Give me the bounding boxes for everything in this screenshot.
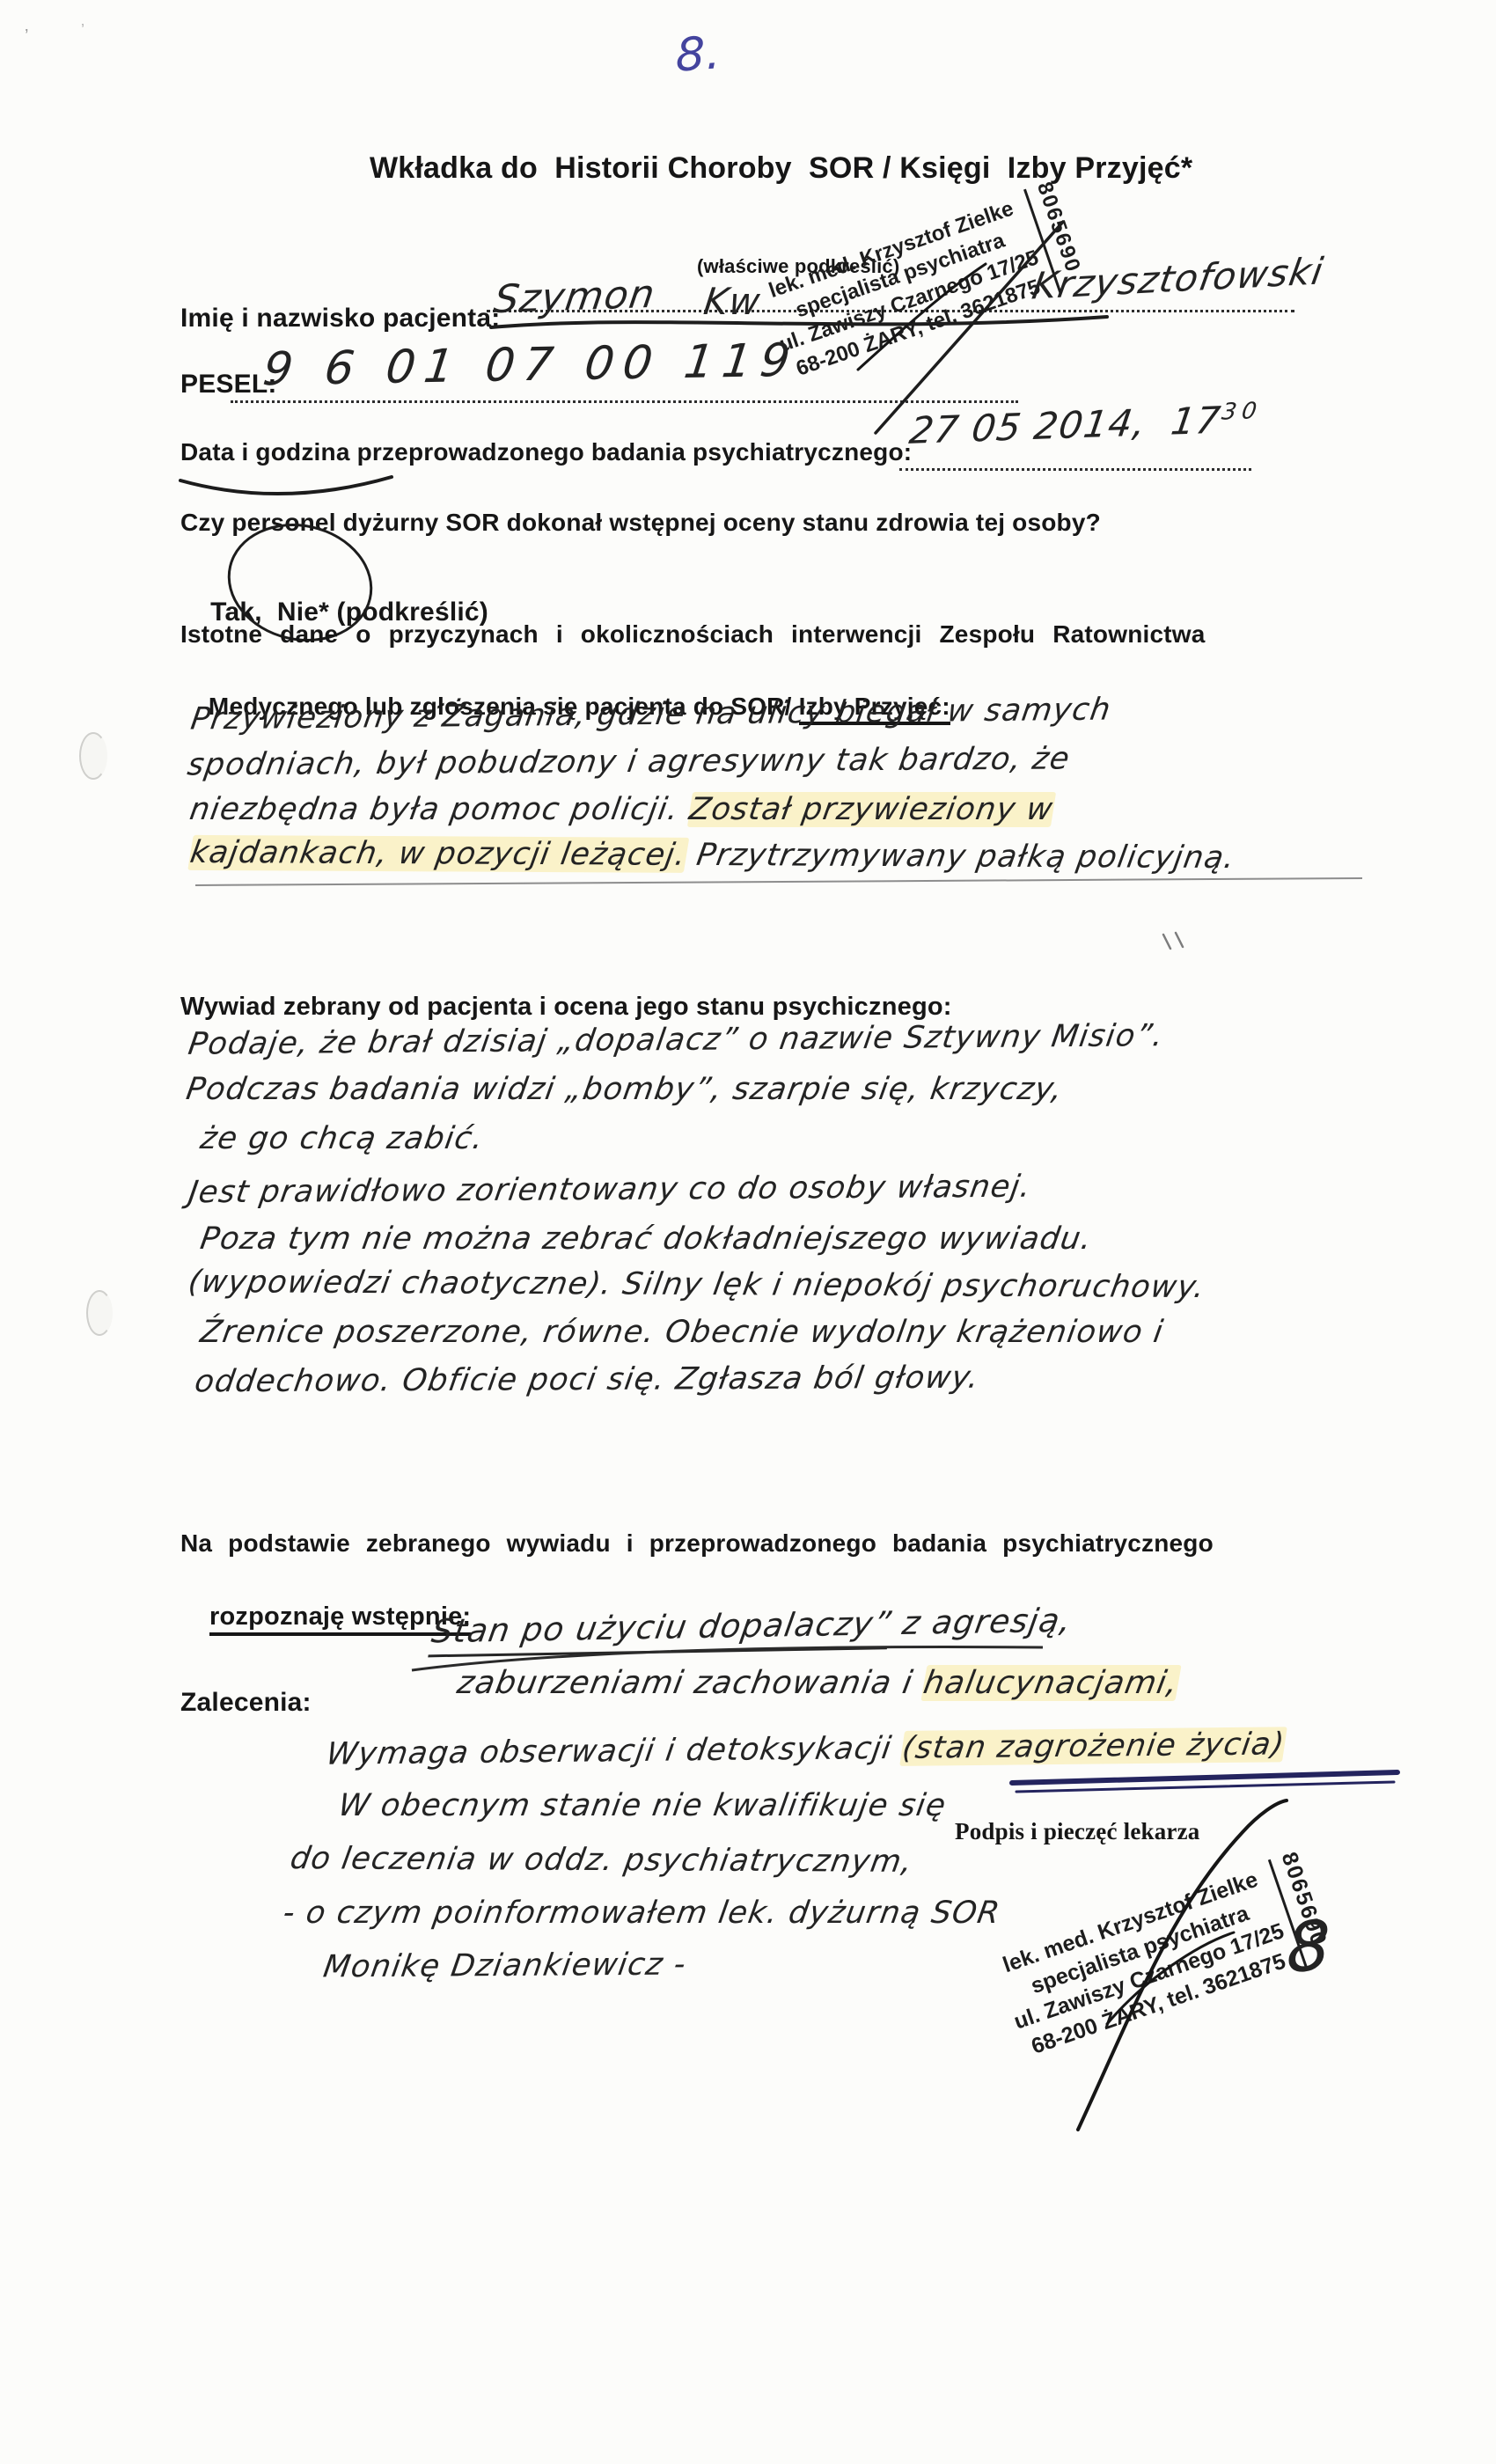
recommendation-line1-highlighted: (stan zagrożenie życia)	[900, 1727, 1287, 1766]
interview-hw-line-6: (wypowiedzi chaotyczne). Silny lęk i nie…	[186, 1265, 1207, 1305]
scan-speck: ’	[81, 21, 84, 40]
scanned-medical-form: ’ ’ 8. Wkładka do Historii Choroby SOR /…	[0, 0, 1496, 2464]
doctor-stamp-top: lek. med. Krzysztof Zielke specjalista p…	[758, 179, 1090, 385]
hw-line-4-highlighted: kajdankach, w pozycji leżącej.	[187, 835, 689, 873]
recommendation-hw-line-5: Monikę Dziankiewicz -	[321, 1947, 689, 1985]
patient-name-label: Imię i nazwisko pacjenta:	[180, 304, 500, 334]
interview-hw-line-5: Poza tym nie można zebrać dokładniejszeg…	[198, 1221, 1095, 1257]
section-diagnosis-heading-1: Na podstawie zebranego wywiadu i przepro…	[180, 1529, 1214, 1558]
date-dotted-line	[899, 468, 1251, 471]
recommendation-hw-line-2: W obecnym stanie nie kwalifikuje się	[336, 1788, 949, 1823]
signature-label: Podpis i pieczęć lekarza	[955, 1818, 1200, 1845]
exam-datetime-label: Data i godzina przeprowadzonego badania …	[180, 438, 912, 466]
recommendation-hw-line-3: do leczenia w oddz. psychiatrycznym,	[288, 1841, 915, 1880]
hole-punch-mark	[79, 732, 107, 780]
navy-underline-1	[1012, 1772, 1397, 1783]
diagnosis-hw-line-2: zaburzeniami zachowania i halucynacjami,	[454, 1665, 1181, 1701]
interview-hw-line-1: Podaje, że brał dzisiaj „dopalacz” o naz…	[186, 1018, 1166, 1062]
date-underline-swoosh	[180, 477, 392, 494]
interview-hw-line-2: Podczas badania widzi „bomby”, szarpie s…	[184, 1072, 1066, 1107]
diagnosis-line2-plain: zaburzeniami zachowania i	[454, 1665, 927, 1701]
intervention-hw-line-4: kajdankach, w pozycji leżącej. Przytrzym…	[187, 835, 1237, 876]
diagnosis-line2-highlighted: halucynacjami,	[920, 1665, 1181, 1701]
patient-name-handwriting: Szymon	[491, 272, 658, 322]
navy-underline-2	[1016, 1782, 1394, 1792]
page-number-top: 8.	[676, 26, 722, 82]
interview-hw-line-3: że go chcą zabić.	[198, 1121, 487, 1156]
diagnosis-underlined-text: Stan po użyciu dopalaczy”	[428, 1604, 894, 1657]
hw-line-4-plain: Przytrzymywany pałką policyjną.	[683, 838, 1237, 876]
recommendation-hw-line-4: - o czym poinformowałem lek. dyżurną SOR	[281, 1896, 1003, 1931]
interview-hw-line-8: oddechowo. Obficie poci się. Zgłasza ból…	[193, 1360, 982, 1400]
form-title: Wkładka do Historii Choroby SOR / Księgi…	[370, 151, 1192, 186]
exam-time-value: 17	[1169, 399, 1224, 444]
pesel-handwriting: 9 6 01 07 00 119	[260, 334, 802, 397]
page-number-bottom: 8	[1287, 1906, 1331, 1990]
diagnosis-rest-text: z agresją,	[888, 1602, 1074, 1643]
exam-date-value: 27 05 2014,	[906, 401, 1148, 452]
interview-hw-line-7: Źrenice poszerzone, równe. Obecnie wydol…	[198, 1315, 1166, 1350]
pesel-dotted-line	[231, 400, 1018, 403]
hw-line-3-plain: niezbędna była pomoc policji.	[187, 792, 693, 827]
recommendation-line1-plain: Wymaga obserwacji i detoksykacji	[324, 1731, 905, 1772]
pencil-underline	[195, 878, 1362, 885]
exam-datetime-handwriting: 27 05 2014, 1730	[906, 397, 1264, 452]
section-intervention-heading-1: Istotne dane o przyczynach i okolicznośc…	[180, 620, 1206, 649]
doctor-stamp-bottom: lek. med. Krzysztof Zielke specjalista p…	[992, 1849, 1337, 2063]
section-diagnosis-heading-2: rozpoznaję wstępnie:	[180, 1573, 471, 1661]
section-interview-heading: Wywiad zebrany od pacjenta i ocena jego …	[180, 993, 952, 1022]
interview-hw-line-4: Jest prawidłowo zorientowany co do osoby…	[186, 1170, 1034, 1211]
recommendation-hw-line-1: Wymaga obserwacji i detoksykacji (stan z…	[324, 1727, 1287, 1771]
exam-time-superscript: 30	[1220, 398, 1264, 426]
hw-line-3-highlighted: Został przywieziony w	[686, 792, 1055, 827]
intervention-hw-line-2: spodniach, był pobudzony i agresywny tak…	[185, 742, 1072, 783]
recommendations-label: Zalecenia:	[180, 1688, 312, 1718]
margin-tick-mark	[1163, 933, 1183, 949]
patient-name-crossed: Kw	[701, 280, 763, 323]
diagnosis-hw-line-1: Stan po użyciu dopalaczy” z agresją,	[429, 1602, 1075, 1651]
hole-punch-mark	[86, 1290, 113, 1336]
intervention-hw-line-3: niezbędna była pomoc policji. Został prz…	[187, 792, 1056, 827]
scan-speck: ’	[25, 26, 28, 47]
